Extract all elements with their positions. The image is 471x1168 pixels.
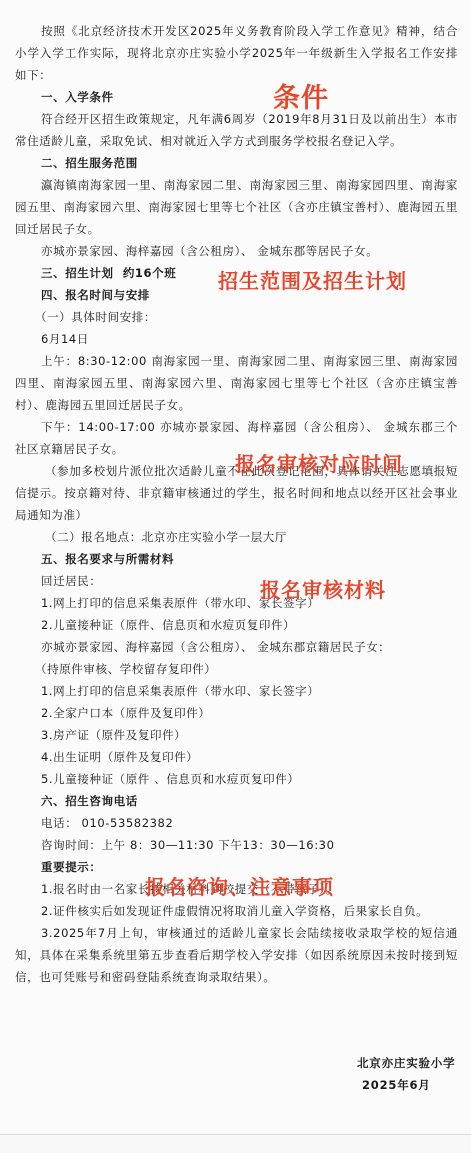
- section3-value: 约16个班: [123, 266, 177, 280]
- section5-group2-item: 1.网上打印的信息采集表原件（带水印、家长签字）: [15, 680, 458, 702]
- section5-group1-item: 1.网上打印的信息采集表原件（带水印、家长签字）: [15, 592, 458, 614]
- tips-item: 3.2025年7月上旬，审核通过的适龄儿童家长会陆续接收录取学校的短信通知，具体…: [15, 922, 458, 988]
- section2-body2: 亦城亦景家园、海梓嘉园（含公租房）、 金城东郡等居民子女。: [15, 240, 458, 262]
- section5-group1-label: 回迁居民：: [15, 570, 458, 592]
- section5-group1-item: 2.儿童接种证（原件、信息页和水痘页复印件）: [15, 614, 458, 636]
- section5-group2-item: 3.房产证（原件及复印件）: [15, 724, 458, 746]
- annotation-scope-plan: 招生范围及招生计划: [218, 265, 407, 294]
- annotation-consult-notes: 报名咨询、注意事项: [145, 871, 334, 900]
- section5-heading: 五、报名要求与所需材料: [15, 548, 458, 570]
- section4-sub2: （二）报名地点：北京亦庄实验小学一层大厅: [15, 526, 458, 548]
- section5-group2-item: 2.全家户口本（原件及复印件）: [15, 702, 458, 724]
- section4-sub1: （一）具体时间安排：: [15, 306, 458, 328]
- section5-group2-item: 4.出生证明（原件及复印件）: [15, 746, 458, 768]
- signature-org: 北京亦庄实验小学: [357, 1055, 455, 1071]
- intro-paragraph: 按照《北京经济技术开发区2025年义务教育阶段入学工作意见》精神，结合小学入学工…: [15, 20, 458, 86]
- section1-body: 符合经开区招生政策规定，凡年满6周岁（2019年8月31日及以前出生）本市常住适…: [15, 108, 458, 152]
- page-footer-strip: [0, 1135, 471, 1153]
- section6-heading: 六、招生咨询电话: [15, 790, 458, 812]
- section2-body1: 瀛海镇南海家园一里、南海家园二里、南海家园三里、南海家园四里、南海家园五里、南海…: [15, 174, 458, 240]
- section6-phone: 电话： 010-53582382: [15, 812, 458, 834]
- section2-heading: 二、招生服务范围: [15, 152, 458, 174]
- signature-date: 2025年6月: [362, 1077, 431, 1093]
- tips-item: 2.证件核实后如发现证件虚假情况将取消儿童入学资格，后果家长自负。: [15, 900, 458, 922]
- section5-group2-note: （持原件审核、学校留存复印件）: [15, 658, 458, 680]
- section4-date: 6月14日: [15, 328, 458, 350]
- annotation-schedule: 报名审核对应时间: [235, 448, 403, 477]
- section3-title: 三、招生计划: [41, 266, 114, 280]
- section5-group2-label: 亦城亦景家园、海梓嘉园（含公租房）、 金城东郡京籍居民子女：: [15, 636, 458, 658]
- annotation-materials: 报名审核材料: [260, 574, 386, 603]
- document-body: 按照《北京经济技术开发区2025年义务教育阶段入学工作意见》精神，结合小学入学工…: [15, 20, 458, 988]
- section4-morning: 上午：8:30-12:00 南海家园一里、南海家园二里、南海家园三里、南海家园四…: [15, 350, 458, 416]
- section1-heading: 一、入学条件: [15, 86, 458, 108]
- section6-hours: 咨询时间：上午 8：30—11:30 下午13：30—16:30: [15, 834, 458, 856]
- annotation-conditions: 条件: [273, 76, 329, 115]
- section5-group2-item: 5.儿童接种证（原件 、信息页和水痘页复印件）: [15, 768, 458, 790]
